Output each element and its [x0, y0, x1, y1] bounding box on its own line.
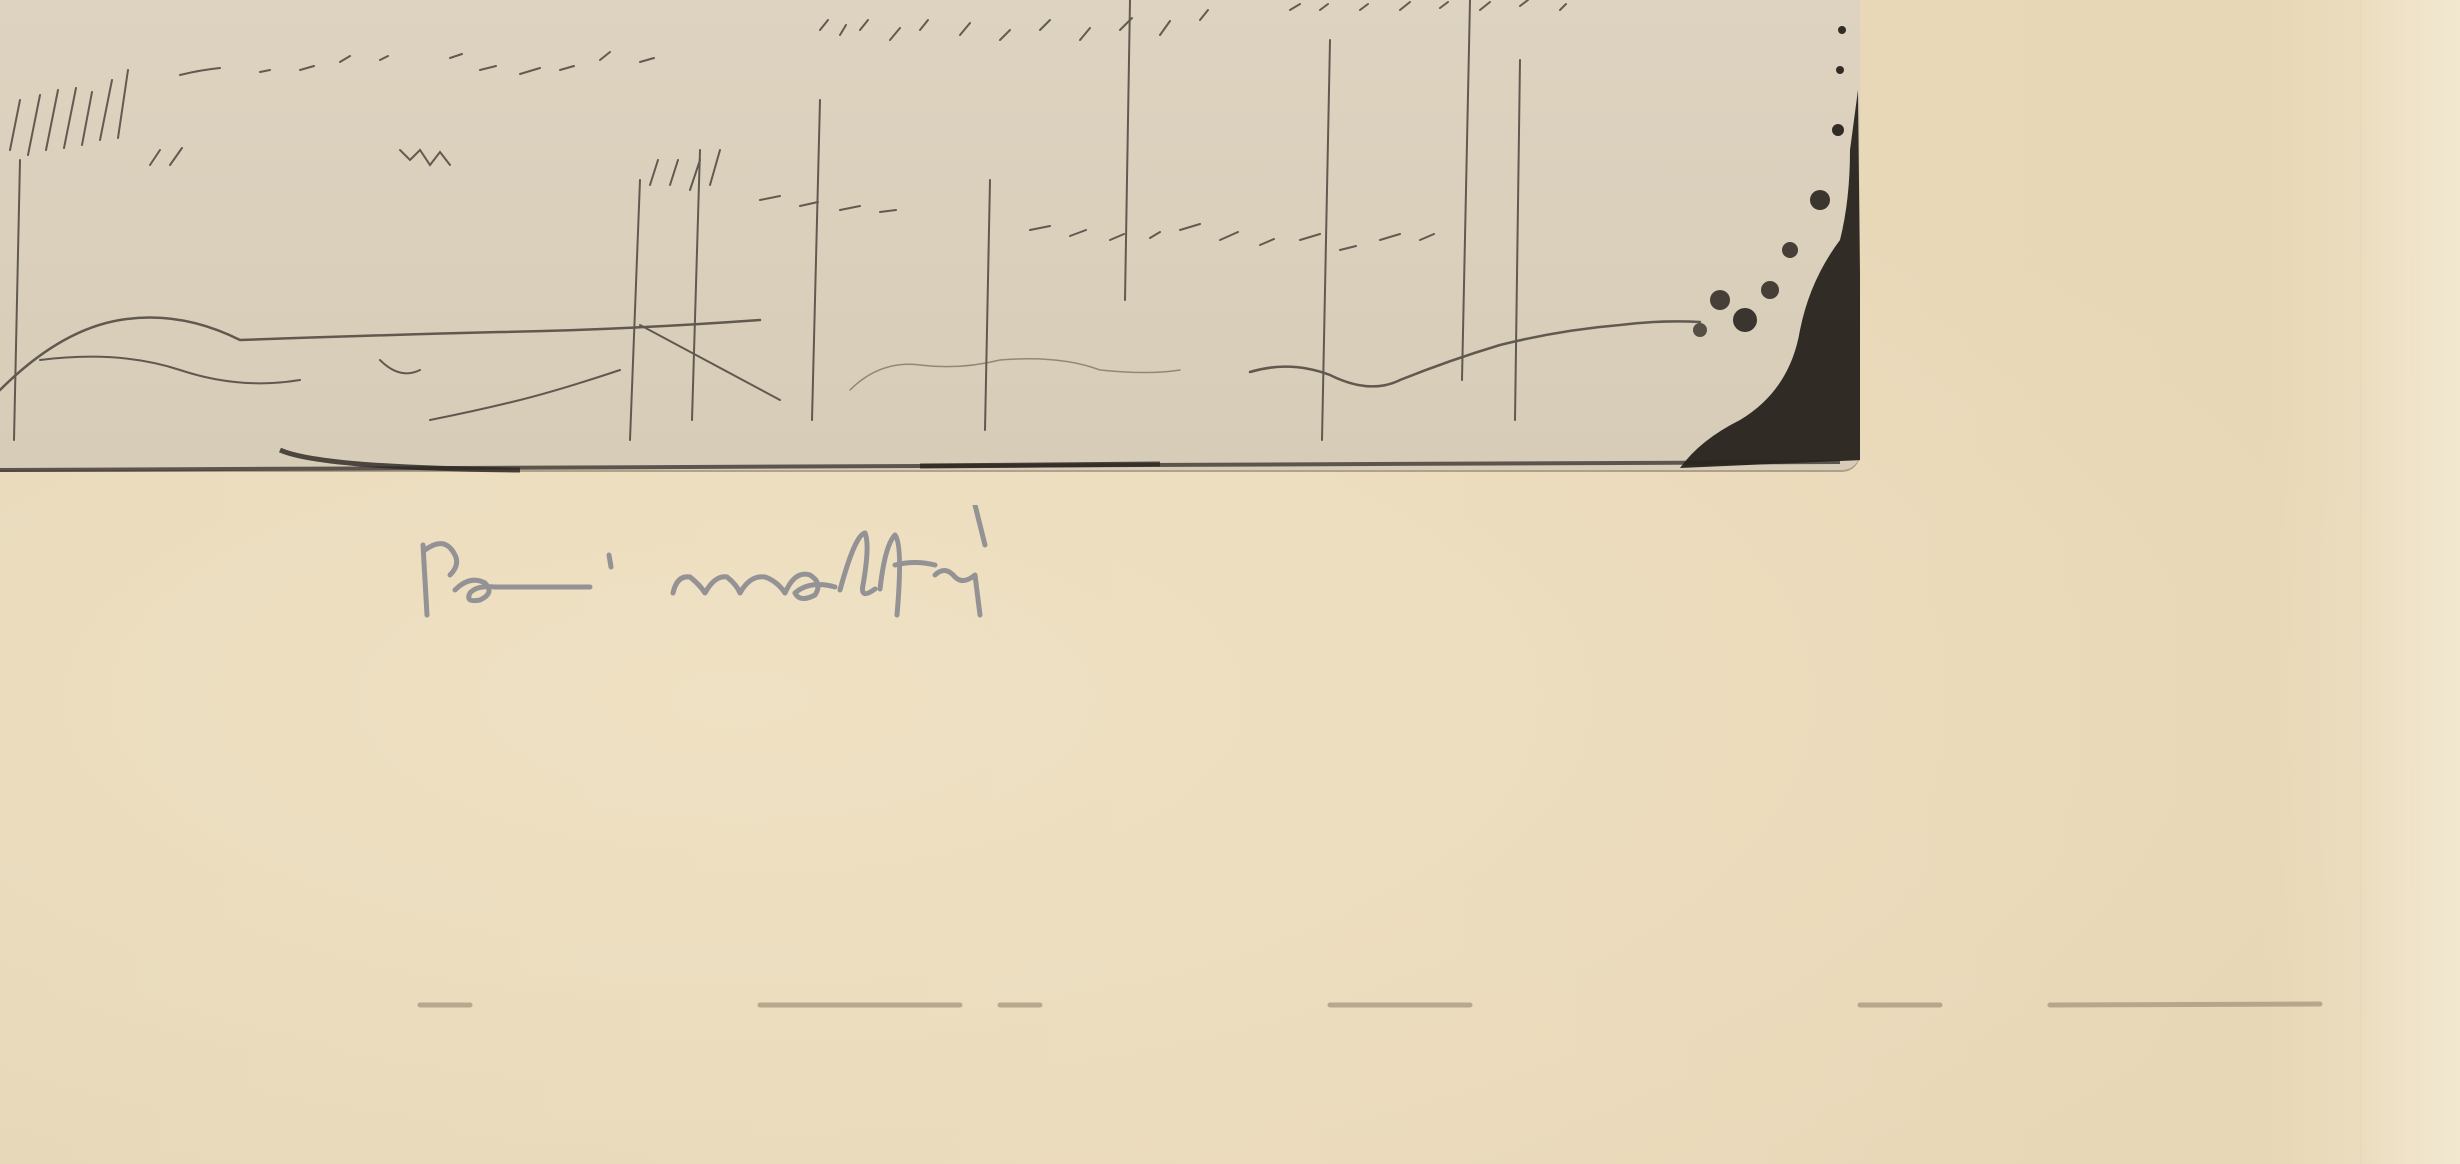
paper-sheet: Ra · Maffei — [0, 0, 2460, 1164]
plate-mark-line — [0, 990, 2400, 1020]
pencil-signature: Ra · Maffei — [415, 505, 1735, 645]
etching-strokes — [0, 0, 1860, 475]
signature-strokes — [415, 505, 1735, 645]
etching-plate — [0, 0, 1860, 470]
